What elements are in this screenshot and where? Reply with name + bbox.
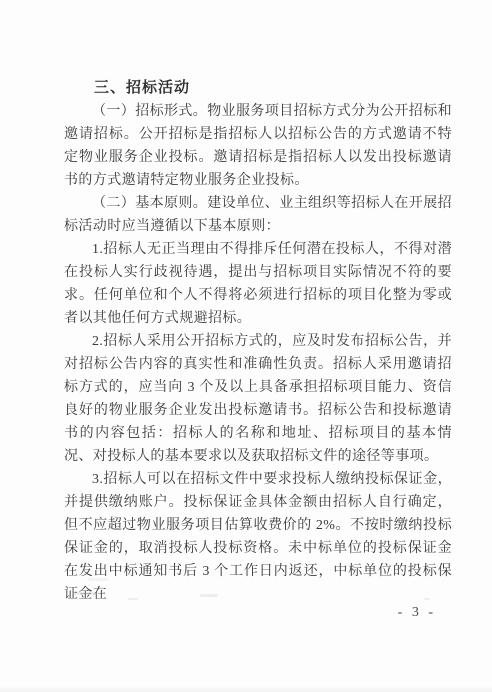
scan-artifact [128, 598, 138, 600]
scan-artifact [200, 594, 218, 597]
paragraph-principle-1: 1.招标人无正当理由不得排斥任何潜在投标人，不得对潜在投标人实行歧视待遇，提出与… [64, 238, 452, 330]
section-heading: 三、招标活动 [64, 77, 452, 100]
scan-artifact [424, 598, 430, 600]
document-page: 三、招标活动 （一）招标形式。物业服务项目招标方式分为公开招标和邀请招标。公开招… [0, 0, 492, 692]
paragraph-bidding-form: （一）招标形式。物业服务项目招标方式分为公开招标和邀请招标。公开招标是指招标人以… [64, 100, 452, 192]
paragraph-principle-2: 2.招标人采用公开招标方式的，应及时发布招标公告，并对招标公告内容的真实性和准确… [64, 330, 452, 468]
scan-edge-shadow [0, 686, 492, 692]
paragraph-basic-principles: （二）基本原则。建设单位、业主组织等招标人在开展招标活动时应当遵循以下基本原则： [64, 192, 452, 238]
document-body: 三、招标活动 （一）招标形式。物业服务项目招标方式分为公开招标和邀请招标。公开招… [64, 77, 452, 606]
scan-artifact [72, 592, 98, 595]
page-number: - 3 - [398, 604, 436, 622]
paragraph-principle-3: 3.招标人可以在招标文件中要求投标人缴纳投标保证金，并提供缴纳账户。投标保证金具… [64, 468, 452, 606]
scan-artifact [88, 578, 108, 581]
